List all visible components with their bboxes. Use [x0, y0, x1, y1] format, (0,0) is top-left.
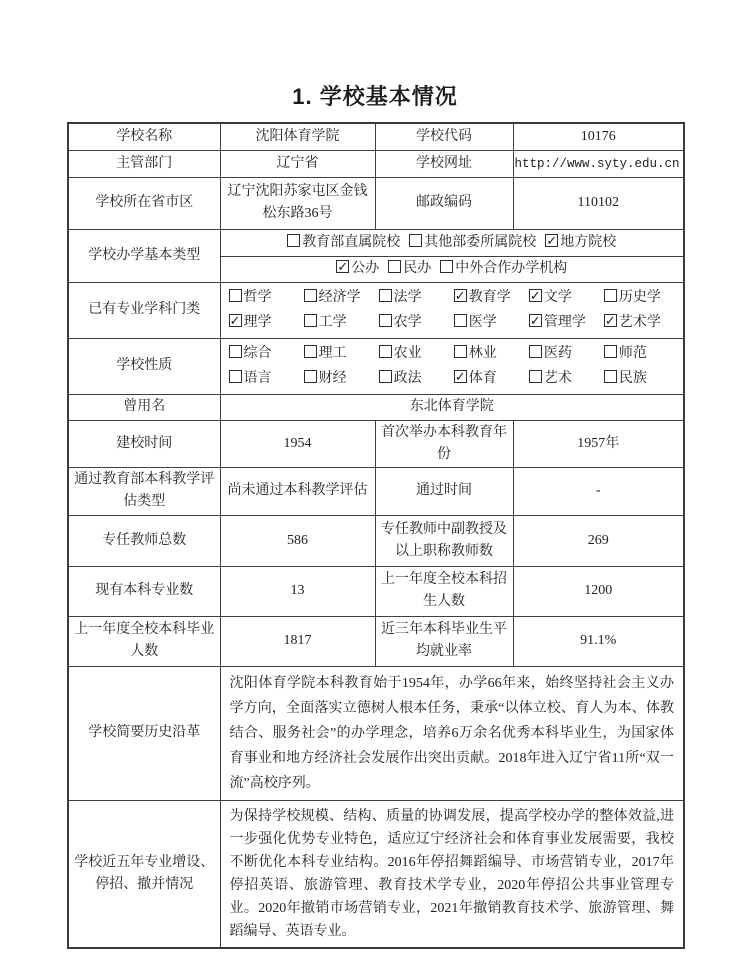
- location-value: 辽宁沈阳苏家屯区金钱松东路36号: [220, 177, 375, 229]
- discipline-categories-label: 已有专业学科门类: [68, 282, 220, 338]
- checked-checkbox-icon: [529, 314, 542, 327]
- checkbox-label: 林业: [469, 346, 497, 361]
- checkbox-item: 医药: [529, 343, 572, 365]
- unchecked-checkbox-icon: [529, 370, 542, 383]
- checkbox-label: 经济学: [319, 290, 361, 305]
- school-nature-checkbox-grid: 综合理工农业林业医药师范语言财经政法体育艺术民族: [221, 339, 684, 394]
- associate-prof-label: 专任教师中副教授及以上职称教师数: [375, 515, 513, 566]
- employment-rate-value: 91.1%: [513, 616, 684, 666]
- school-info-table: 学校名称 沈阳体育学院 学校代码 10176 主管部门 辽宁省 学校网址 htt…: [67, 122, 685, 949]
- checkbox-item: 教育部直属院校: [287, 232, 400, 254]
- checkbox-label: 教育学: [469, 290, 511, 305]
- table-row: 建校时间 1954 首次举办本科教育年份 1957年: [68, 420, 684, 467]
- unchecked-checkbox-icon: [229, 370, 242, 383]
- school-type-checkbox-line2: 公办民办中外合作办学机构: [221, 258, 684, 280]
- evaluation-type-label: 通过教育部本科教学评估类型: [68, 467, 220, 515]
- former-name-label: 曾用名: [68, 394, 220, 420]
- checkbox-label: 地方院校: [560, 235, 616, 250]
- website-label: 学校网址: [375, 150, 513, 177]
- checkbox-label: 综合: [244, 346, 272, 361]
- school-type-label: 学校办学基本类型: [68, 229, 220, 282]
- major-adjustment-paragraph: 为保持学校规模、结构、质量的协调发展，提高学校办学的整体效益,进一步强化优势专业…: [220, 800, 684, 948]
- table-row: 通过教育部本科教学评估类型 尚未通过本科教学评估 通过时间 -: [68, 467, 684, 515]
- checkbox-item: 艺术: [529, 368, 572, 390]
- unchecked-checkbox-icon: [304, 370, 317, 383]
- major-adjustment-label: 学校近五年专业增设、停招、撤并情况: [68, 800, 220, 948]
- table-row: 学校简要历史沿革 沈阳体育学院本科教育始于1954年，办学66年来，始终坚持社会…: [68, 666, 684, 800]
- pass-time-value: -: [513, 467, 684, 515]
- school-type-checkbox-line1: 教育部直属院校其他部委所属院校地方院校: [221, 232, 684, 254]
- table-row: 学校名称 沈阳体育学院 学校代码 10176: [68, 123, 684, 150]
- unchecked-checkbox-icon: [379, 370, 392, 383]
- checked-checkbox-icon: [229, 314, 242, 327]
- table-row: 专任教师总数 586 专任教师中副教授及以上职称教师数 269: [68, 515, 684, 566]
- unchecked-checkbox-icon: [604, 370, 617, 383]
- unchecked-checkbox-icon: [229, 289, 242, 302]
- employment-rate-label: 近三年本科毕业生平均就业率: [375, 616, 513, 666]
- school-name-label: 学校名称: [68, 123, 220, 150]
- table-row: 上一年度全校本科毕业人数 1817 近三年本科毕业生平均就业率 91.1%: [68, 616, 684, 666]
- checkbox-label: 公办: [351, 261, 379, 276]
- checkbox-item: 林业: [454, 343, 497, 365]
- checkbox-item: 医学: [454, 312, 497, 334]
- table-row: 学校所在省市区 辽宁沈阳苏家屯区金钱松东路36号 邮政编码 110102: [68, 177, 684, 229]
- discipline-categories-options: 哲学经济学法学教育学文学历史学理学工学农学医学管理学艺术学: [220, 282, 684, 338]
- unchecked-checkbox-icon: [454, 345, 467, 358]
- checkbox-item: 文学: [529, 287, 572, 309]
- major-count-value: 13: [220, 566, 375, 616]
- unchecked-checkbox-icon: [604, 345, 617, 358]
- page-title: 1. 学校基本情况: [0, 80, 750, 111]
- checkbox-label: 财经: [319, 371, 347, 386]
- checkbox-item: 政法: [379, 368, 422, 390]
- checkbox-label: 艺术: [544, 371, 572, 386]
- unchecked-checkbox-icon: [409, 234, 422, 247]
- checkbox-label: 理学: [244, 315, 272, 330]
- checkbox-label: 医药: [544, 346, 572, 361]
- school-nature-options: 综合理工农业林业医药师范语言财经政法体育艺术民族: [220, 338, 684, 394]
- checkbox-label: 历史学: [619, 290, 661, 305]
- checkbox-label: 工学: [319, 315, 347, 330]
- table-row: 已有专业学科门类 哲学经济学法学教育学文学历史学理学工学农学医学管理学艺术学: [68, 282, 684, 338]
- history-paragraph: 沈阳体育学院本科教育始于1954年，办学66年来，始终坚持社会主义办学方向，全面…: [220, 666, 684, 800]
- document-page: 1. 学校基本情况 学校名称 沈阳体育学院 学校代码 10176 主管部门 辽宁…: [0, 0, 750, 971]
- checked-checkbox-icon: [545, 234, 558, 247]
- checkbox-label: 教育部直属院校: [302, 235, 400, 250]
- checked-checkbox-icon: [604, 314, 617, 327]
- unchecked-checkbox-icon: [229, 345, 242, 358]
- checkbox-label: 体育: [469, 371, 497, 386]
- founding-year-label: 建校时间: [68, 420, 220, 467]
- unchecked-checkbox-icon: [454, 314, 467, 327]
- checkbox-item: 民办: [388, 258, 431, 280]
- unchecked-checkbox-icon: [304, 345, 317, 358]
- table-row: 学校近五年专业增设、停招、撤并情况 为保持学校规模、结构、质量的协调发展，提高学…: [68, 800, 684, 948]
- first-undergrad-year-value: 1957年: [513, 420, 684, 467]
- checkbox-item: 综合: [229, 343, 272, 365]
- table-row: 曾用名 东北体育学院: [68, 394, 684, 420]
- supervisor-dept-label: 主管部门: [68, 150, 220, 177]
- founding-year-value: 1954: [220, 420, 375, 467]
- checkbox-item: 艺术学: [604, 312, 661, 334]
- associate-prof-value: 269: [513, 515, 684, 566]
- first-undergrad-year-label: 首次举办本科教育年份: [375, 420, 513, 467]
- major-count-label: 现有本科专业数: [68, 566, 220, 616]
- supervisor-dept-value: 辽宁省: [220, 150, 375, 177]
- evaluation-type-value: 尚未通过本科教学评估: [220, 467, 375, 515]
- checkbox-label: 农业: [394, 346, 422, 361]
- table-row: 学校办学基本类型 教育部直属院校其他部委所属院校地方院校: [68, 229, 684, 256]
- checkbox-label: 其他部委所属院校: [424, 235, 536, 250]
- school-name-value: 沈阳体育学院: [220, 123, 375, 150]
- enrollment-value: 1200: [513, 566, 684, 616]
- graduates-count-value: 1817: [220, 616, 375, 666]
- checkbox-item: 师范: [604, 343, 647, 365]
- checkbox-item: 其他部委所属院校: [409, 232, 536, 254]
- checkbox-label: 中外合作办学机构: [455, 261, 567, 276]
- faculty-total-label: 专任教师总数: [68, 515, 220, 566]
- checkbox-item: 工学: [304, 312, 347, 334]
- unchecked-checkbox-icon: [379, 289, 392, 302]
- checkbox-item: 理工: [304, 343, 347, 365]
- checked-checkbox-icon: [454, 370, 467, 383]
- checkbox-label: 农学: [394, 315, 422, 330]
- table-row: 学校性质 综合理工农业林业医药师范语言财经政法体育艺术民族: [68, 338, 684, 394]
- checkbox-item: 农学: [379, 312, 422, 334]
- website-value: http://www.syty.edu.cn: [513, 150, 684, 177]
- school-type-options-row2: 公办民办中外合作办学机构: [220, 256, 684, 282]
- checkbox-item: 法学: [379, 287, 422, 309]
- unchecked-checkbox-icon: [529, 345, 542, 358]
- checkbox-label: 管理学: [544, 315, 586, 330]
- checkbox-item: 语言: [229, 368, 272, 390]
- checkbox-label: 医学: [469, 315, 497, 330]
- discipline-categories-checkbox-grid: 哲学经济学法学教育学文学历史学理学工学农学医学管理学艺术学: [221, 283, 684, 338]
- school-type-options-row1: 教育部直属院校其他部委所属院校地方院校: [220, 229, 684, 256]
- checkbox-label: 文学: [544, 290, 572, 305]
- checkbox-label: 政法: [394, 371, 422, 386]
- school-code-label: 学校代码: [375, 123, 513, 150]
- unchecked-checkbox-icon: [379, 345, 392, 358]
- checkbox-item: 财经: [304, 368, 347, 390]
- unchecked-checkbox-icon: [304, 289, 317, 302]
- table-row: 现有本科专业数 13 上一年度全校本科招生人数 1200: [68, 566, 684, 616]
- checkbox-item: 经济学: [304, 287, 361, 309]
- school-code-value: 10176: [513, 123, 684, 150]
- checkbox-label: 法学: [394, 290, 422, 305]
- checkbox-label: 民办: [403, 261, 431, 276]
- checked-checkbox-icon: [454, 289, 467, 302]
- unchecked-checkbox-icon: [287, 234, 300, 247]
- checkbox-item: 理学: [229, 312, 272, 334]
- checkbox-item: 哲学: [229, 287, 272, 309]
- checkbox-item: 民族: [604, 368, 647, 390]
- checkbox-item: 地方院校: [545, 232, 616, 254]
- checkbox-label: 哲学: [244, 290, 272, 305]
- postcode-label: 邮政编码: [375, 177, 513, 229]
- former-name-value: 东北体育学院: [220, 394, 684, 420]
- checked-checkbox-icon: [336, 260, 349, 273]
- unchecked-checkbox-icon: [379, 314, 392, 327]
- checked-checkbox-icon: [529, 289, 542, 302]
- unchecked-checkbox-icon: [604, 289, 617, 302]
- checkbox-label: 艺术学: [619, 315, 661, 330]
- checkbox-item: 中外合作办学机构: [440, 258, 567, 280]
- graduates-count-label: 上一年度全校本科毕业人数: [68, 616, 220, 666]
- checkbox-label: 民族: [619, 371, 647, 386]
- checkbox-label: 理工: [319, 346, 347, 361]
- history-label: 学校简要历史沿革: [68, 666, 220, 800]
- unchecked-checkbox-icon: [304, 314, 317, 327]
- faculty-total-value: 586: [220, 515, 375, 566]
- school-nature-label: 学校性质: [68, 338, 220, 394]
- checkbox-item: 教育学: [454, 287, 511, 309]
- checkbox-item: 历史学: [604, 287, 661, 309]
- checkbox-label: 师范: [619, 346, 647, 361]
- checkbox-item: 体育: [454, 368, 497, 390]
- checkbox-item: 管理学: [529, 312, 586, 334]
- unchecked-checkbox-icon: [440, 260, 453, 273]
- enrollment-label: 上一年度全校本科招生人数: [375, 566, 513, 616]
- postcode-value: 110102: [513, 177, 684, 229]
- table-row: 主管部门 辽宁省 学校网址 http://www.syty.edu.cn: [68, 150, 684, 177]
- location-label: 学校所在省市区: [68, 177, 220, 229]
- checkbox-item: 公办: [336, 258, 379, 280]
- checkbox-label: 语言: [244, 371, 272, 386]
- unchecked-checkbox-icon: [388, 260, 401, 273]
- checkbox-item: 农业: [379, 343, 422, 365]
- pass-time-label: 通过时间: [375, 467, 513, 515]
